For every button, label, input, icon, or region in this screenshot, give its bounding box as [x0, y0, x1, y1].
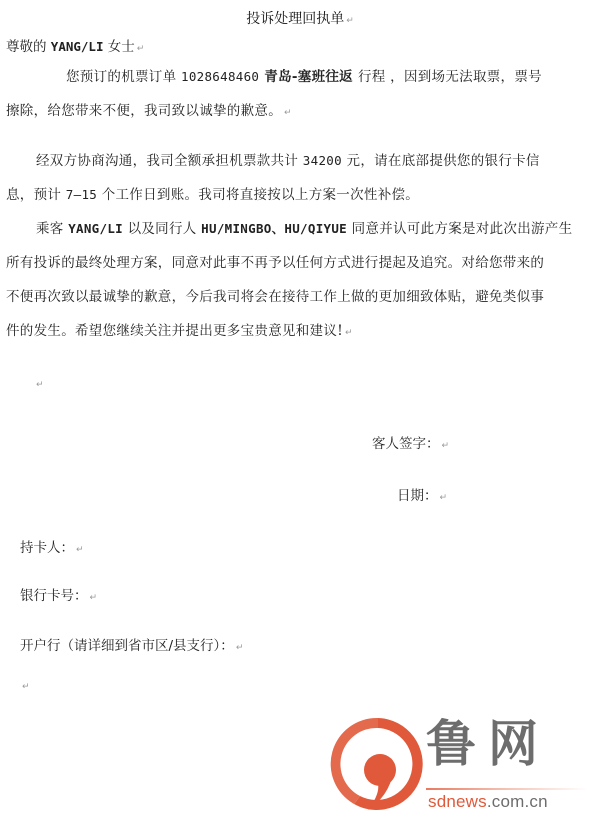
text-segment: 不便再次致以最诚挚的歉意，今后我司将会在接待工作上做的更加细致体贴，避免类似事 [6, 289, 544, 305]
text-segment: 件的发生。希望您继续关注并提出更多宝贵意见和建议! [6, 323, 343, 339]
url-accent: sdnews [428, 792, 487, 811]
paragraph-line: 擦除，给您带来不便，我司致以诚挚的歉意。↵ [6, 94, 594, 130]
compensation-amount: 34200 [303, 153, 342, 168]
card-number-field: 银行卡号：↵ [20, 584, 97, 604]
paragraph-mark-icon: ↵ [76, 545, 84, 555]
text-segment: 同意并认可此方案是对此次出游产生 [347, 221, 572, 237]
paragraph-mark-icon: ↵ [284, 108, 292, 118]
paragraph-line: 经双方协商沟通，我司全额承担机票款共计 34200 元，请在底部提供您的银行卡信 [6, 144, 594, 178]
salutation: 尊敬的 YANG/LI 女士↵ [6, 35, 144, 55]
bank-branch-field: 开户行（请详细到省市区/县支行）：↵ [20, 634, 243, 654]
paragraph-mark-icon: ↵ [22, 682, 30, 692]
paragraph-mark-icon: ↵ [442, 441, 450, 451]
text-segment: 息，预计 [6, 187, 66, 203]
label-text: 日期： [397, 488, 438, 504]
logo-chinese-name: 鲁网 [426, 708, 550, 780]
paragraph-line: 件的发生。希望您继续关注并提出更多宝贵意见和建议!↵ [6, 314, 594, 350]
label-text: 客人签字： [372, 436, 440, 452]
paragraph-mark-icon: ↵ [345, 328, 353, 338]
logo-divider [426, 788, 588, 790]
paragraph-compensation: 经双方协商沟通，我司全额承担机票款共计 34200 元，请在底部提供您的银行卡信… [6, 144, 594, 212]
text-segment: 所有投诉的最终处理方案，同意对此事不再予以任何方式进行提起及追究。对给您带来的 [6, 255, 544, 271]
url-rest: .com.cn [487, 792, 548, 811]
logo-url: sdnews.com.cn [428, 792, 548, 812]
sdnews-watermark-logo: 鲁网 sdnews.com.cn [328, 708, 598, 816]
text-segment: 元，请在底部提供您的银行卡信 [342, 153, 540, 169]
order-number: 1028648460 [181, 69, 259, 84]
paragraph-agreement: 乘客 YANG/LI 以及同行人 HU/MINGBO、HU/QIYUE 同意并认… [6, 212, 594, 350]
paragraph-line: 不便再次致以最诚挚的歉意，今后我司将会在接待工作上做的更加细致体贴，避免类似事 [6, 280, 594, 314]
paragraph-mark-icon: ↵ [346, 16, 354, 26]
salutation-prefix: 尊敬的 [6, 39, 51, 55]
processing-days: 7—15 [66, 187, 97, 202]
cardholder-field: 持卡人：↵ [20, 536, 84, 556]
route: 青岛-塞班往返 [259, 69, 358, 85]
passenger-name: YANG/LI [68, 221, 123, 236]
paragraph-line: 所有投诉的最终处理方案，同意对此事不再予以任何方式进行提起及追究。对给您带来的 [6, 246, 594, 280]
paragraph-mark-icon: ↵ [36, 380, 44, 390]
paragraph-line: 您预订的机票订单 1028648460 青岛-塞班往返 行程 ，因到场无法取票，… [6, 60, 594, 94]
paragraph-line: 息，预计 7—15 个工作日到账。我司将直接按以上方案一次性补偿。 [6, 178, 594, 212]
document-title: 投诉处理回执单↵ [0, 8, 600, 28]
paragraph-mark-icon: ↵ [137, 44, 145, 54]
paragraph-mark-icon: ↵ [440, 493, 448, 503]
label-text: 银行卡号： [20, 588, 88, 604]
paragraph-mark-icon: ↵ [236, 643, 244, 653]
label-text: 持卡人： [20, 540, 74, 556]
companion-names: HU/MINGBO、HU/QIYUE [201, 221, 347, 236]
paragraph-mark-icon: ↵ [90, 593, 98, 603]
text-segment: 擦除，给您带来不便，我司致以诚挚的歉意。 [6, 103, 282, 119]
text-segment: 您预订的机票订单 [66, 69, 181, 85]
customer-name: YANG/LI [51, 39, 104, 54]
label-text: 开户行（请详细到省市区/县支行）： [20, 638, 234, 654]
paragraph-order-issue: 您预订的机票订单 1028648460 青岛-塞班往返 行程 ，因到场无法取票，… [6, 60, 594, 130]
salutation-suffix: 女士 [103, 39, 134, 55]
text-segment: 以及同行人 [123, 221, 201, 237]
date-label: 日期：↵ [397, 484, 447, 504]
customer-signature-label: 客人签字：↵ [372, 432, 449, 452]
text-segment: 经双方协商沟通，我司全额承担机票款共计 [36, 153, 303, 169]
text-segment: 乘客 [36, 221, 68, 237]
title-text: 投诉处理回执单 [246, 11, 344, 27]
text-segment: 个工作日到账。我司将直接按以上方案一次性补偿。 [97, 187, 419, 203]
paragraph-line: 乘客 YANG/LI 以及同行人 HU/MINGBO、HU/QIYUE 同意并认… [6, 212, 594, 246]
text-segment: 行程 ，因到场无法取票，票号 [358, 69, 542, 85]
sdnews-logo-icon [328, 714, 428, 814]
